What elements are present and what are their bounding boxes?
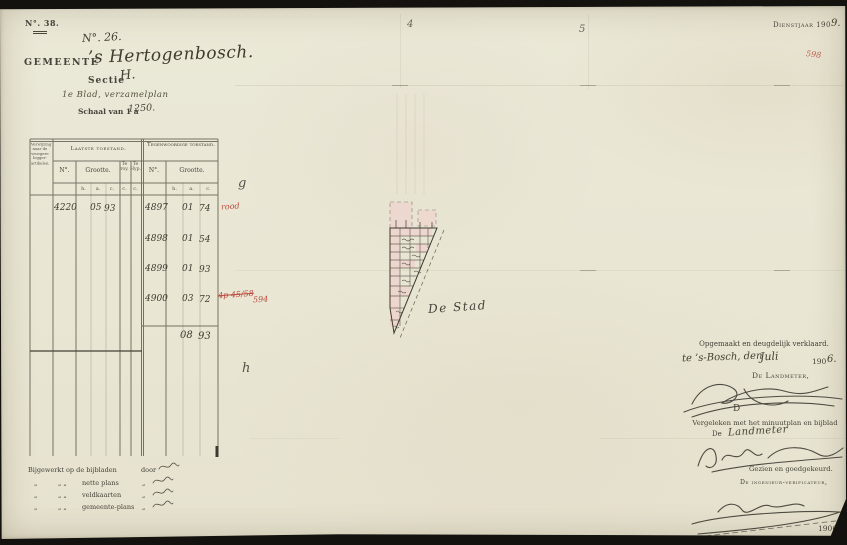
table-col-no-last: N°. bbox=[53, 167, 76, 174]
grid-line-vertical-2 bbox=[588, 14, 589, 90]
grid-line-top bbox=[235, 85, 843, 86]
form-number-underline bbox=[33, 31, 47, 32]
worked-initials-3 bbox=[152, 487, 174, 499]
table-col-small-1: Te roy. bbox=[119, 162, 130, 173]
gemeente-name-handwritten: ’s Hertogenbosch. bbox=[88, 42, 254, 68]
attest-year-printed: 190 bbox=[812, 357, 826, 366]
ditto-mark: „ „ bbox=[58, 491, 67, 499]
attest-certified-line: Opgemaakt en deugdelijk verklaard. bbox=[693, 340, 835, 348]
unit-a-current: a. bbox=[183, 186, 200, 192]
ditto-mark: „ bbox=[142, 491, 145, 499]
new-size-c: 93 bbox=[199, 265, 210, 275]
form-number: N°. 38. bbox=[25, 18, 59, 28]
paper-sheet: N°. 38. N°. 26. GEMEENTE ’s Hertogenbosc… bbox=[0, 6, 846, 539]
worked-door-label: door bbox=[141, 466, 156, 474]
table-col-size-current: Grootte. bbox=[166, 167, 218, 174]
ditto-mark: „ bbox=[142, 479, 145, 487]
red-annotation-row4: 594 bbox=[253, 295, 269, 305]
worked-line3-label: veldkaarten bbox=[82, 491, 121, 499]
dienstjaar-digit-handwritten: 9. bbox=[831, 18, 841, 29]
grid-tick bbox=[580, 270, 596, 271]
ditto-mark: „ bbox=[34, 491, 37, 499]
unit-h-current: h. bbox=[166, 186, 183, 192]
unit-c-small2: c. bbox=[130, 186, 141, 192]
table-col-no-current: N°. bbox=[142, 167, 166, 174]
signature-initial-d: D bbox=[733, 404, 740, 414]
worked-line1-label: Bijgewerkt op de bijbladen bbox=[28, 466, 117, 474]
grid-line-vertical-1 bbox=[400, 14, 401, 88]
new-size-c: 74 bbox=[199, 204, 210, 214]
surveyor-signature bbox=[682, 376, 846, 422]
approved-line: Gezien en goedgekeurd. bbox=[749, 465, 833, 473]
table-col-small-2: Te Hyp. bbox=[130, 162, 141, 173]
unit-a-last: a. bbox=[91, 186, 105, 192]
ditto-mark: „ „ bbox=[58, 503, 67, 511]
verifier-title: De ingenieur-verificateur, bbox=[740, 479, 828, 486]
red-annotation-row4-struck: 4p 45/58 bbox=[218, 289, 254, 300]
red-annotation-row1: rood bbox=[221, 201, 240, 211]
sheet-mark-5: 5 bbox=[579, 24, 585, 35]
attest-month-handwritten: Juli bbox=[760, 350, 779, 364]
grid-line-middle bbox=[235, 270, 843, 271]
grid-tick bbox=[774, 85, 790, 86]
total-size-a: 08 bbox=[180, 330, 193, 341]
grid-tick bbox=[580, 85, 596, 86]
ditto-mark: „ „ bbox=[58, 479, 67, 487]
grid-tick bbox=[392, 85, 408, 86]
new-size-a: 03 bbox=[182, 294, 193, 304]
total-size-c: 93 bbox=[198, 331, 211, 342]
worked-initials-1 bbox=[158, 461, 180, 473]
new-parcel-number: 4900 bbox=[145, 294, 168, 304]
worked-initials-2 bbox=[152, 475, 174, 487]
verifier-signature bbox=[686, 492, 846, 542]
ditto-mark: „ bbox=[34, 503, 37, 511]
margin-letter-g: g bbox=[238, 176, 246, 191]
new-parcel-number: 4897 bbox=[145, 203, 168, 213]
new-size-c: 72 bbox=[199, 295, 210, 305]
sheet-mark-4: 4 bbox=[407, 19, 413, 30]
unit-c-last: c. bbox=[105, 186, 119, 192]
grid-line-bottom-left bbox=[250, 438, 340, 439]
sectie-value-handwritten: H. bbox=[119, 67, 136, 84]
worked-line4-label: gemeente-plans bbox=[82, 503, 134, 511]
unit-h-last: h. bbox=[76, 186, 91, 192]
dienstjaar-label: Dienstjaar 190 bbox=[773, 21, 831, 29]
new-parcel-number: 4898 bbox=[145, 234, 168, 244]
new-size-c: 54 bbox=[199, 235, 210, 245]
table-col-size-last: Grootte. bbox=[76, 167, 120, 174]
red-stamp-number: 598 bbox=[806, 49, 822, 60]
attest-place-handwritten: te ’s-Bosch, den bbox=[682, 351, 763, 365]
old-parcel-number: 4220 bbox=[54, 203, 77, 213]
form-number-underline-2 bbox=[33, 33, 47, 34]
worked-line2-label: nette plans bbox=[82, 479, 119, 487]
old-size-c: 93 bbox=[104, 204, 115, 214]
parcel-sketch bbox=[372, 186, 502, 346]
unit-c-small1: c. bbox=[119, 186, 130, 192]
new-size-a: 01 bbox=[182, 264, 193, 274]
table-header-last-state: Laatste toestand. bbox=[55, 146, 142, 152]
blad-note-handwritten: 1e Blad, verzamelplan bbox=[62, 90, 168, 100]
table-header-current-state: Tegenwoordige toestand. bbox=[144, 142, 218, 149]
edition-year: 1906, bbox=[818, 524, 839, 533]
grid-tick bbox=[774, 270, 790, 271]
margin-letter-h: h bbox=[242, 361, 250, 376]
erased-pencil-streaks bbox=[396, 94, 430, 194]
ditto-mark: „ bbox=[142, 503, 145, 511]
unit-c-current: c. bbox=[200, 186, 217, 192]
attest-year-digit-handwritten: 6. bbox=[827, 354, 837, 365]
table-header-reference: Verwijzing naar de vroegere legger-artik… bbox=[31, 143, 49, 166]
dossier-number: N°. 26. bbox=[82, 30, 122, 45]
scanned-cadastral-document: N°. 38. N°. 26. GEMEENTE ’s Hertogenbosc… bbox=[0, 0, 847, 545]
old-size-a: 05 bbox=[90, 203, 101, 213]
new-size-a: 01 bbox=[182, 203, 193, 213]
ditto-mark: „ bbox=[34, 479, 37, 487]
new-parcel-number: 4899 bbox=[145, 264, 168, 274]
schaal-value-handwritten: 1250. bbox=[128, 102, 156, 114]
worked-initials-4 bbox=[152, 499, 174, 511]
new-size-a: 01 bbox=[182, 234, 193, 244]
